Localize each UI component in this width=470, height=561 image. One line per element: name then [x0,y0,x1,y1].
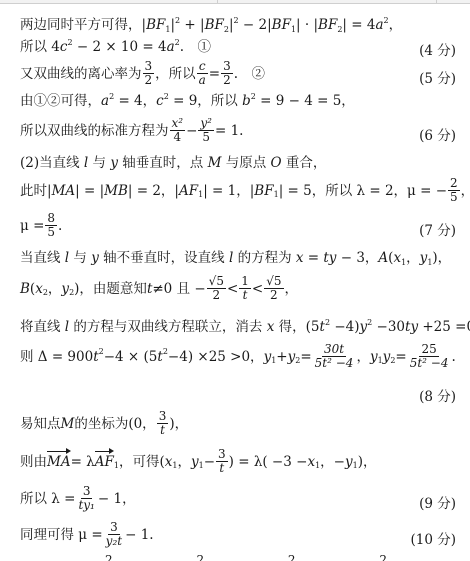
math-text: = [209,66,220,82]
math-text: y [345,454,353,470]
score-label: (8 分) [419,385,456,405]
math-text: − [186,123,197,139]
math-text: ， [48,281,62,297]
fraction-denominator: 5 [200,131,212,144]
math-text: = 9，所以 [169,93,242,109]
score-label: (7 分) [419,219,456,239]
math-text: 当直线 [20,250,65,266]
fraction-numerator: 3 [221,60,233,74]
math-text: | = 5，所以 λ = 2，μ = − [279,183,447,199]
math-text: BF [272,17,291,33]
fraction-numerator: 2 [448,177,460,191]
math-text: 的坐标为(0， [74,416,155,432]
toolbar-divider [217,0,218,4]
math-text: (2)当直线 [20,155,84,171]
fraction: 3t [157,410,169,437]
vector-MA: MA [47,454,71,470]
math-text: = 9 − 4 = 5， [256,93,355,109]
math-text: = [395,349,406,365]
fraction: 3ty₁ [76,485,96,512]
math-text: y [360,319,368,335]
math-text: − 3， [336,250,378,266]
math-text: . ② [234,66,265,82]
math-text: y [110,155,118,171]
solution-line-3: 又双曲线的离心率为32，所以ca = 32. ② [20,60,456,87]
math-text: )， [432,250,451,266]
math-text: y [370,349,378,365]
math-text: < [252,281,263,297]
fraction-denominator: 5t² −4 [408,357,451,370]
top-toolbar-edge [0,0,470,4]
math-text: ) = λ( −3 − [229,454,308,470]
math-text: 的方程与双曲线方程联立，消去 [69,319,267,335]
math-text: 则 Δ = 900 [20,349,93,365]
solution-line-2: 所以 4c2 − 2 × 10 = 4a2. ① [20,39,456,55]
fraction-denominator: a [197,74,208,87]
math-text: BF [146,17,165,33]
fraction-denominator: t [241,289,250,302]
math-text: | = 2，| [128,183,179,199]
math-text: BF [318,17,337,33]
fraction-numerator: 8 [45,212,57,226]
math-text: ≠0 且 − [152,281,205,297]
fraction: 3y₂t [104,521,124,548]
math-text: 与 [69,250,91,266]
fraction-numerator: 3 [143,60,155,74]
math-text: ，− [320,454,345,470]
fraction: 85 [45,212,57,239]
math-text: −4) ×25 >0， [168,349,264,365]
math-text: 轴不垂直时，设直线 [99,250,229,266]
math-text: 得，(5 [274,319,319,335]
fraction: 255t² −4 [408,343,451,370]
math-text: | = | [75,183,104,199]
math-text: = 1. [215,123,243,139]
math-text: ty [405,319,418,335]
math-text: a [101,93,109,109]
vector-AF1: AF [95,454,114,470]
math-text: 所以 λ = [20,491,75,507]
fraction: √52 [264,275,283,302]
math-text: − 1. [125,527,153,543]
fraction: y²5 [198,117,214,144]
fraction: 3t [216,448,228,475]
math-text: ， [356,349,370,365]
fraction-denominator: 5t² −4 [313,357,356,370]
solution-line-5: 所以双曲线的标准方程为x²4 − y²5 = 1. [20,117,456,144]
math-text: 将直线 [20,319,65,335]
math-text: BF [254,183,273,199]
fraction-denominator: 2 [143,74,155,87]
math-text: . [58,218,62,234]
fraction: 30t5t² −4 [313,343,356,370]
fraction-denominator: y₂t [104,535,124,548]
fraction-numerator: 3 [216,448,228,462]
solution-line-13: 易知点 M 的坐标为(0，3t)， [20,410,456,437]
math-text: M [208,155,222,171]
math-text: ，所以 [155,66,196,82]
fraction-numerator: 3 [157,410,169,424]
fraction: √52 [207,275,226,302]
math-text: < [227,281,238,297]
math-text: 由①②可得， [20,93,101,109]
math-text: O [271,155,282,171]
math-text: 重合， [282,155,327,171]
math-text: . [452,349,456,365]
fraction-denominator: 5 [448,191,460,204]
math-text: 又双曲线的离心率为 [20,66,142,82]
fraction: x²4 [170,117,186,144]
fraction-denominator: 2 [210,289,222,302]
fraction: 1t [239,275,251,302]
solution-line-4: 由①②可得，a2 = 4，c2 = 9，所以 b2 = 9 − 4 = 5， [20,93,456,109]
math-text: ， [285,281,299,297]
fraction-numerator: 1 [239,275,251,289]
math-text: 与原点 [221,155,270,171]
math-text: 两边同时平方可得，| [20,17,146,33]
math-text: )， [169,416,188,432]
solution-line-15: 所以 λ = 3ty₁ − 1， [20,485,456,512]
math-text: AF [179,183,198,199]
solution-line-9: 当直线 l 与 y 轴不垂直时，设直线 l 的方程为 x = ty − 3，A(… [20,250,456,266]
math-text: − 1， [98,491,136,507]
fraction-numerator: y² [198,117,214,131]
math-text: c [156,93,164,109]
solution-line-7: 此时|MA| = |MB| = 2，|AF1| = 1，|BF1| = 5，所以… [20,177,456,204]
math-text: μ = [20,218,44,234]
fraction-denominator: 4 [171,131,183,144]
score-label: (10 分) [410,528,456,548]
fraction-numerator: √5 [264,275,283,289]
math-text: y [191,454,199,470]
math-text: 此时| [20,183,52,199]
math-text: b [242,93,251,109]
math-text: a [167,39,175,55]
math-text: 所以 4 [20,39,60,55]
score-label: (4 分) [419,39,456,59]
math-text: a [375,17,383,33]
math-text: −4) [330,319,359,335]
math-text: 则由 [20,454,47,470]
math-text: 轴垂直时，点 [118,155,208,171]
math-text: − 2 × 10 = 4 [73,39,167,55]
math-text: y [61,281,69,297]
math-text: 与 [88,155,110,171]
math-text: + [276,349,287,365]
toolbar-divider [436,0,437,4]
fraction-denominator: ty₁ [76,499,96,512]
math-text: − [204,454,215,470]
fraction: ca [197,60,208,87]
math-text: . ① [180,39,211,55]
math-text: | · | [296,17,318,33]
math-text: | = 4 [342,17,375,33]
cut-off-line: 2 2 2 2 [105,553,427,561]
solution-line-10: B(x2，y2)，由题意知 t≠0 且 −√52 < 1t < √52， [20,275,456,302]
math-text: ， [389,17,403,33]
math-text: = λ [71,454,95,470]
math-text: A [378,250,388,266]
fraction-numerator: 3 [81,485,93,499]
solution-line-8: μ = 85. [20,212,456,239]
math-text: ， [406,250,420,266]
fraction-denominator: 2 [268,289,280,302]
fraction-numerator: 3 [108,521,120,535]
solution-line-11: 将直线 l 的方程与双曲线方程联立，消去 x 得，(5t2 −4)y2 −30t… [20,319,456,335]
math-text: + | [180,17,204,33]
fraction-numerator: 25 [419,343,438,357]
solution-line-6: (2)当直线 l 与 y 轴垂直时，点 M 与原点 O 重合， [20,155,456,171]
fraction-denominator: 2 [221,74,233,87]
math-text: x = ty [296,250,337,266]
fraction: 32 [221,60,233,87]
math-text: = [300,349,311,365]
fraction-numerator: 30t [322,343,346,357]
math-text: x [35,281,43,297]
fraction-denominator: t [158,424,167,437]
math-text: 所以双曲线的标准方程为 [20,123,169,139]
math-text: −4 × (5 [104,349,158,365]
score-label: (5 分) [419,67,456,87]
fraction-denominator: 5 [45,226,57,239]
math-text: = 4， [114,93,156,109]
solution-line-1: 两边同时平方可得，|BF1|2 + |BF2|2 − 2|BF1| · |BF2… [20,17,456,33]
fraction-numerator: x² [170,117,186,131]
math-text: − 2| [239,17,272,33]
fraction: 32 [143,60,155,87]
math-text: B [20,281,30,297]
math-text: )， [358,454,377,470]
fraction-numerator: c [197,60,208,74]
math-text: 的方程为 [233,250,296,266]
score-label: (6 分) [419,124,456,144]
solution-line-12: 则 Δ = 900t2 −4 × (5t2 −4) ×25 >0，y1 + y2… [20,343,456,370]
fraction-denominator: t [217,462,226,475]
math-text: y [91,250,99,266]
math-text: 同理可得 μ = [20,527,103,543]
math-text: MA [52,183,76,199]
math-text: BF [205,17,224,33]
math-text: ， [177,454,191,470]
solution-line-14: 则由 MA = λ AF1，可得(x1，y1 − 3t) = λ( −3 − x… [20,448,456,475]
math-text: 易知点 [20,416,61,432]
score-label: (9 分) [419,492,456,512]
math-text: | = 1，| [203,183,254,199]
math-text: M [61,416,75,432]
math-text: −30 [372,319,405,335]
math-text: MB [104,183,128,199]
math-text: x [393,250,401,266]
math-text: x [307,454,315,470]
math-text: ，λ + [461,183,470,199]
fraction-numerator: √5 [207,275,226,289]
solution-line-16: 同理可得 μ = 3y₂t − 1. [20,521,456,548]
math-text: ，可得( [119,454,165,470]
math-text: +25 =0， [418,319,470,335]
fraction: 25 [448,177,460,204]
math-text: )，由题意知 [74,281,147,297]
